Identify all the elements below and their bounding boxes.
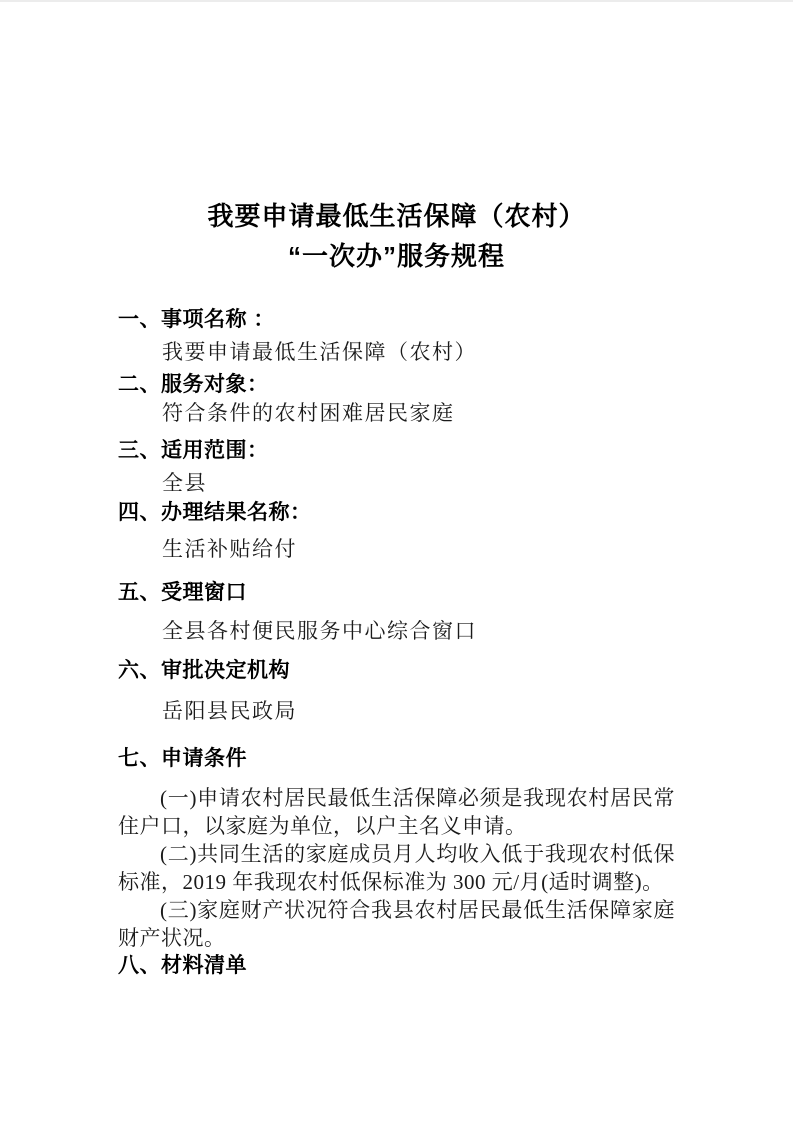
section-4-heading: 四、办理结果名称： (118, 499, 675, 527)
section-6-heading: 六、审批决定机构 (118, 657, 675, 685)
document-page: 我要申请最低生活保障（农村） “一次办”服务规程 一、事项名称 ： 我要申请最低… (0, 0, 793, 1122)
document-body: 我要申请最低生活保障（农村） “一次办”服务规程 一、事项名称 ： 我要申请最低… (0, 2, 675, 980)
section-7-heading: 七、申请条件 (118, 745, 675, 773)
application-condition-2: (二)共同生活的家庭成员月人均收入低于我现农村低保标准，2019 年我现农村低保… (118, 840, 675, 896)
section-6-content: 岳阳县民政局 (162, 697, 675, 725)
title-line-2: “一次办”服务规程 (118, 236, 675, 276)
application-condition-1: (一)申请农村居民最低生活保障必须是我现农村居民常住户口，以家庭为单位，以户主名… (118, 784, 675, 840)
section-5-content: 全县各村便民服务中心综合窗口 (162, 617, 675, 645)
section-1-heading: 一、事项名称 ： (118, 306, 675, 334)
section-5-heading: 五、受理窗口 (118, 579, 675, 607)
section-1-content: 我要申请最低生活保障（农村） (162, 338, 675, 366)
section-3-heading: 三、适用范围： (118, 437, 675, 465)
title-line-1: 我要申请最低生活保障（农村） (118, 196, 675, 236)
section-2-heading: 二、服务对象： (118, 371, 675, 399)
section-7-paragraphs: (一)申请农村居民最低生活保障必须是我现农村居民常住户口，以家庭为单位，以户主名… (118, 784, 675, 952)
document-title: 我要申请最低生活保障（农村） “一次办”服务规程 (118, 196, 675, 276)
section-4-content: 生活补贴给付 (162, 535, 675, 563)
section-2-content: 符合条件的农村困难居民家庭 (162, 399, 675, 427)
application-condition-3: (三)家庭财产状况符合我县农村居民最低生活保障家庭财产状况。 (118, 896, 675, 952)
section-8-heading: 八、材料清单 (118, 952, 675, 980)
section-3-content: 全县 (162, 469, 675, 497)
